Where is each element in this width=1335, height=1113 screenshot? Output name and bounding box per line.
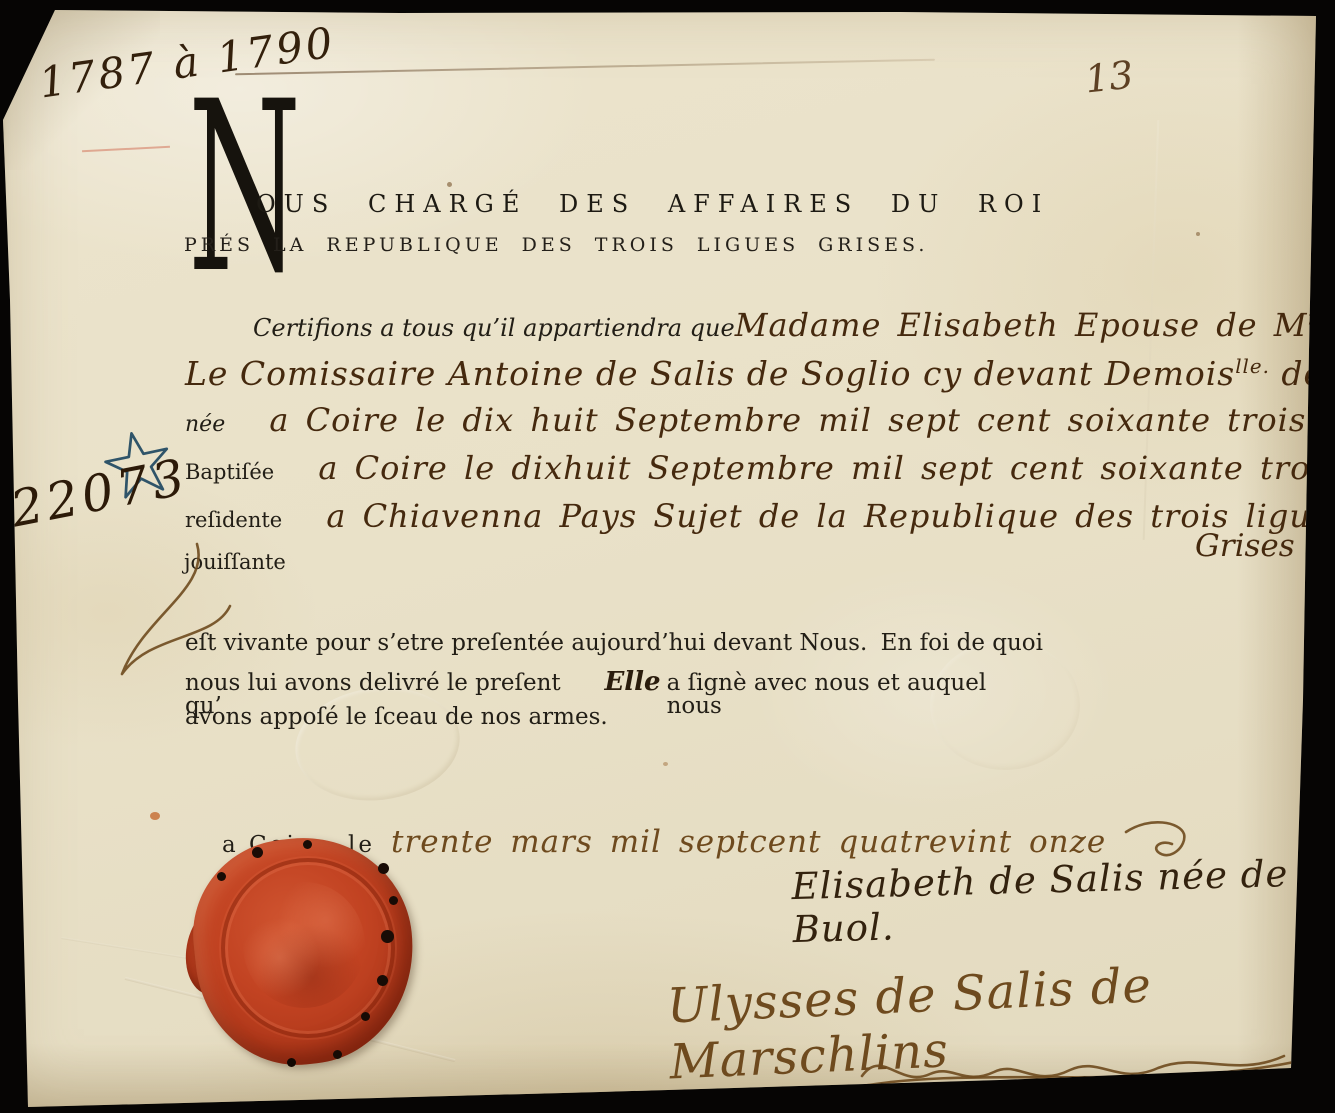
residence-line: reſidente a Chiavenna Pays Sujet de la R… bbox=[185, 497, 1297, 535]
certify-line: Certifions a tous qu’il appartiendra que… bbox=[185, 306, 1297, 344]
declaration-line3: avons appoſé le ſceau de nos armes. bbox=[185, 706, 1043, 729]
ink-hairline bbox=[235, 59, 935, 76]
heading-line2: PRÉS LA REPUBLIQUE DES TROIS LIGUES GRIS… bbox=[184, 234, 928, 256]
red-wax-seal bbox=[195, 838, 413, 1064]
paper-stain bbox=[150, 812, 160, 820]
paper-stain bbox=[663, 762, 668, 766]
name-handwritten: Madame Elisabeth Epouse de Mr. bbox=[735, 306, 1323, 344]
declaration-text: eſt vivante pour s’etre preſentée aujour… bbox=[185, 632, 867, 655]
husband-line: Le Comissaire Antoine de Salis de Soglio… bbox=[185, 354, 1297, 393]
red-pencil-mark bbox=[82, 146, 170, 153]
birth-line: née a Coire le dix huit Septembre mil se… bbox=[185, 401, 1297, 439]
date-handwritten: trente mars mil septcent quatrevint onze bbox=[391, 824, 1106, 860]
elle-overwritten: Elle bbox=[604, 669, 660, 695]
declaration-line1: eſt vivante pour s’etre preſentée aujour… bbox=[185, 632, 1043, 655]
seal-dark-specks bbox=[195, 838, 200, 843]
declaration-text: En foi de quoi bbox=[881, 632, 1043, 655]
baptism-line: Baptiſée a Coire le dixhuit Septembre mi… bbox=[185, 449, 1297, 487]
signature-flourish bbox=[848, 1038, 1298, 1096]
superscript: lle. bbox=[1235, 355, 1270, 378]
birth-handwritten: a Coire le dix huit Septembre mil sept c… bbox=[269, 401, 1335, 439]
scanned-document: 1787 à 1790 13 N OUS CHARGÉ DES AFFAIRES… bbox=[0, 0, 1335, 1113]
page-number: 13 bbox=[1083, 53, 1136, 102]
certify-printed-text: Certifions a tous qu’il appartiendra que bbox=[253, 314, 735, 342]
resident-label: reſidente bbox=[185, 508, 282, 532]
paper-stain bbox=[447, 182, 452, 187]
heading-drop-cap: N bbox=[188, 71, 301, 306]
seal-embossed-relief bbox=[243, 882, 365, 1008]
paper-sheet: 1787 à 1790 13 N OUS CHARGÉ DES AFFAIRES… bbox=[0, 0, 1335, 1113]
paper-stain bbox=[1196, 232, 1200, 236]
baptism-handwritten: a Coire le dixhuit Septembre mil sept ce… bbox=[318, 449, 1335, 487]
superscript: r. bbox=[1308, 306, 1323, 329]
born-label: née bbox=[185, 412, 225, 437]
baptized-label: Baptiſée bbox=[185, 460, 274, 484]
registry-number: 22073 bbox=[6, 447, 193, 538]
residence-handwritten-end: Grises bbox=[1195, 528, 1295, 564]
heading-line1: OUS CHARGÉ DES AFFAIRES DU ROI bbox=[256, 190, 1049, 218]
residence-handwritten: a Chiavenna Pays Sujet de la Republique … bbox=[326, 497, 1335, 535]
pen-flourish bbox=[92, 536, 242, 686]
signature-elisabeth: Elisabeth de Salis née de Buol. bbox=[791, 851, 1335, 951]
